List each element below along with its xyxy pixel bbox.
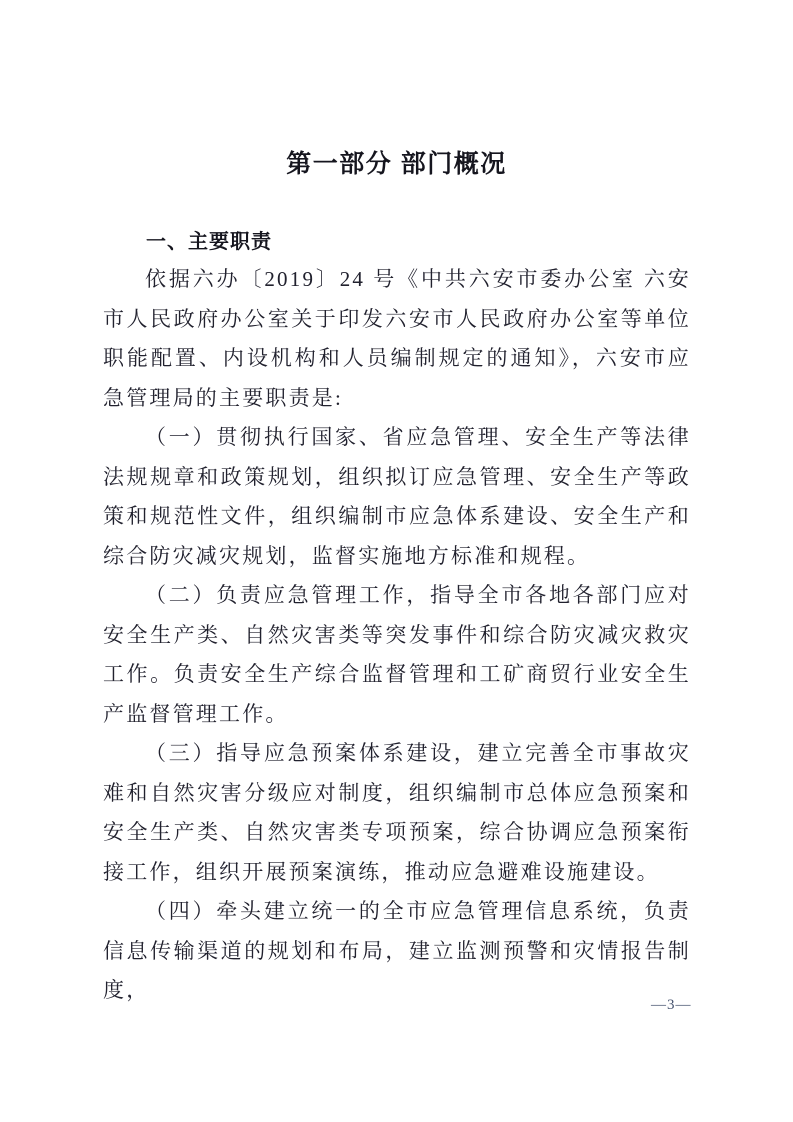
document-page: 第一部分 部门概况 一、主要职责 依据六办〔2019〕24 号《中共六安市委办公… [0, 0, 793, 1122]
body-paragraph: （三）指导应急预案体系建设，建立完善全市事故灾难和自然灾害分级应对制度，组织编制… [103, 734, 691, 892]
section-heading: 一、主要职责 [146, 225, 272, 254]
body-paragraph: 依据六办〔2019〕24 号《中共六安市委办公室 六安市人民政府办公室关于印发六… [103, 260, 691, 418]
body-paragraph: （二）负责应急管理工作，指导全市各地各部门应对安全生产类、自然灾害类等突发事件和… [103, 576, 691, 734]
page-number: —3— [651, 997, 692, 1014]
document-body: 依据六办〔2019〕24 号《中共六安市委办公室 六安市人民政府办公室关于印发六… [103, 260, 691, 1011]
document-title: 第一部分 部门概况 [0, 144, 793, 180]
body-paragraph: （四）牵头建立统一的全市应急管理信息系统，负责信息传输渠道的规划和布局，建立监测… [103, 892, 691, 1011]
body-paragraph: （一）贯彻执行国家、省应急管理、安全生产等法律法规规章和政策规划，组织拟订应急管… [103, 418, 691, 576]
